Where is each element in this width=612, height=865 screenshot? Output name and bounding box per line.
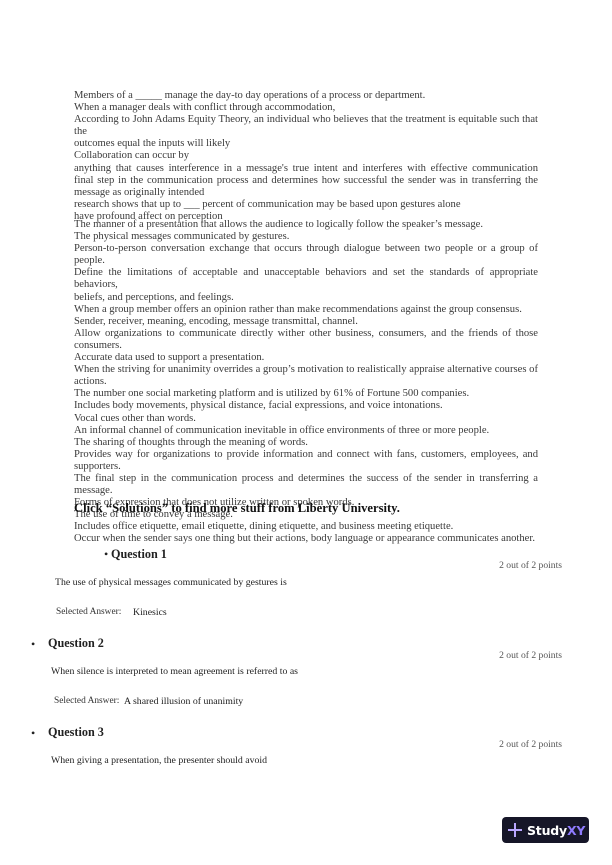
question-points: 2 out of 2 points [499, 560, 562, 571]
text-line: beliefs, and perceptions, and feelings. [74, 292, 538, 304]
text-line: When a group member offers an opinion ra… [74, 304, 538, 316]
text-line: The sharing of thoughts through the mean… [74, 437, 538, 449]
text-line: The final step in the communication proc… [74, 473, 538, 497]
document-page: Members of a _____ manage the day-to day… [0, 0, 612, 865]
text-line: When a manager deals with conflict throu… [74, 102, 538, 114]
studyxy-badge[interactable]: StudyXY [502, 817, 589, 843]
text-line: message as originally intended [74, 187, 538, 199]
text-line: The physical messages communicated by ge… [74, 231, 538, 243]
text-line: An informal channel of communication ine… [74, 425, 538, 437]
bullet-icon: • [31, 637, 35, 652]
question-title: Question 1 [111, 547, 167, 562]
brand-name: StudyXY [527, 823, 585, 838]
text-line: final step in the communication process … [74, 175, 538, 187]
text-line: Accurate data used to support a presenta… [74, 352, 538, 364]
text-line: Allow organizations to communicate direc… [74, 328, 538, 340]
brand-main: Study [527, 823, 567, 838]
text-line: Includes office etiquette, email etiquet… [74, 521, 538, 533]
text-line: The manner of a presentation that allows… [74, 219, 538, 231]
text-line: According to John Adams Equity Theory, a… [74, 114, 538, 138]
text-line: Vocal cues other than words. [74, 413, 538, 425]
solutions-callout: Click “Solutions” to find more stuff fro… [74, 501, 400, 516]
text-line: Collaboration can occur by [74, 150, 538, 162]
definitions-list-2: The manner of a presentation that allows… [74, 219, 538, 546]
text-line: Members of a _____ manage the day-to day… [74, 90, 538, 102]
question-text: When silence is interpreted to mean agre… [51, 666, 298, 677]
text-line: supporters. [74, 461, 538, 473]
text-line: Occur when the sender says one thing but… [74, 533, 538, 545]
text-line: When the striving for unanimity override… [74, 364, 538, 376]
definitions-list-1: Members of a _____ manage the day-to day… [74, 90, 538, 223]
brand-accent: XY [567, 823, 585, 838]
question-title: Question 3 [48, 725, 104, 740]
text-line: actions. [74, 376, 538, 388]
text-line: consumers. [74, 340, 538, 352]
question-title: Question 2 [48, 636, 104, 651]
question-text: The use of physical messages communicate… [55, 577, 287, 588]
text-line: The number one social marketing platform… [74, 388, 538, 400]
text-line: Provides way for organizations to provid… [74, 449, 538, 461]
text-line: Person-to-person conversation exchange t… [74, 243, 538, 267]
selected-answer-value: Kinesics [133, 607, 167, 618]
text-line: Includes body movements, physical distan… [74, 400, 538, 412]
plus-icon [508, 823, 522, 837]
text-line: Sender, receiver, meaning, encoding, mes… [74, 316, 538, 328]
selected-answer-label: Selected Answer: [56, 607, 121, 617]
bullet-icon: • [31, 726, 35, 741]
selected-answer-value: A shared illusion of unanimity [124, 696, 243, 707]
bullet-icon: • [104, 547, 108, 562]
text-line: outcomes equal the inputs will likely [74, 138, 538, 150]
text-line: research shows that up to ___ percent of… [74, 199, 538, 211]
question-points: 2 out of 2 points [499, 650, 562, 661]
question-text: When giving a presentation, the presente… [51, 755, 267, 766]
text-line: anything that causes interference in a m… [74, 163, 538, 175]
question-points: 2 out of 2 points [499, 739, 562, 750]
text-line: Define the limitations of acceptable and… [74, 267, 538, 291]
selected-answer-label: Selected Answer: [54, 696, 119, 706]
